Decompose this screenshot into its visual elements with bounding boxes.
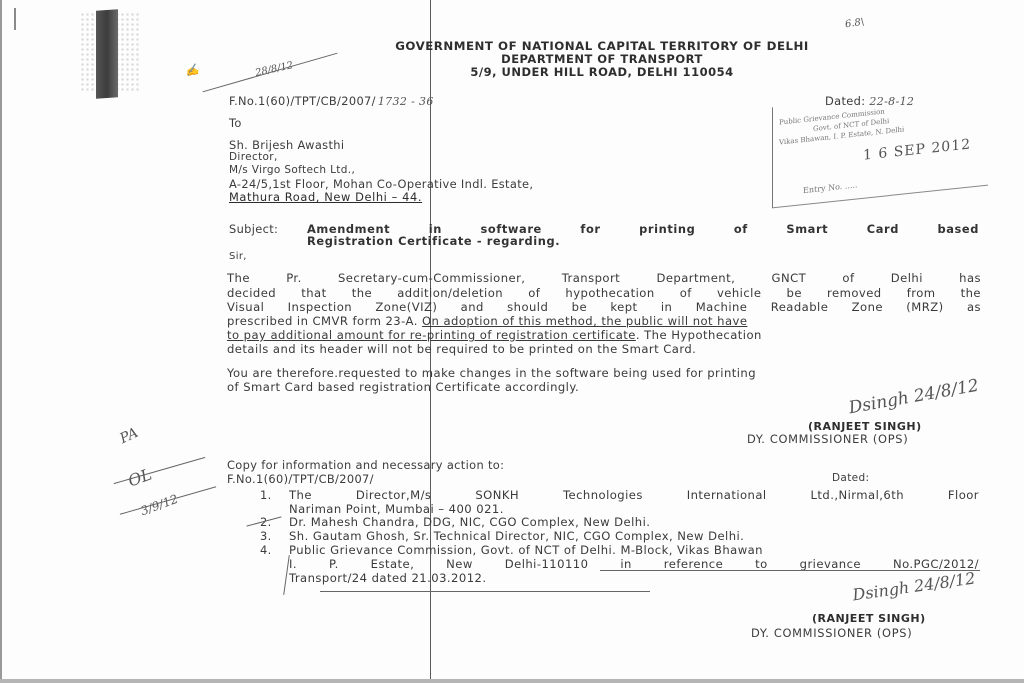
file-number-printed: F.No.1(60)/TPT/CB/2007/ [229, 94, 376, 108]
underlined-text: to pay additional amount for re-printing… [227, 328, 636, 342]
stamp-entry-number: Entry No. ..... [803, 180, 858, 195]
copy-item-4-number: 4. [260, 543, 272, 557]
page-bottom-edge [0, 679, 1024, 683]
copy-item-1-line-1: The Director,M/s SONKH Technologies Inte… [289, 488, 979, 502]
signature-1-handwritten: Dsingh 24/8/12 [847, 376, 980, 419]
scan-mark [14, 8, 16, 30]
handwritten-initials-top-left: ✍ [184, 63, 200, 79]
margin-note-3: 3/9/12 [139, 492, 180, 518]
signature-2-title: DY. COMMISSIONER (OPS) [751, 626, 912, 640]
copy-item-1-number: 1. [260, 488, 272, 502]
copy-file-number: F.No.1(60)/TPT/CB/2007/ [227, 472, 374, 486]
handwritten-underline [600, 570, 980, 571]
letterhead-line-1: GOVERNMENT OF NATIONAL CAPITAL TERRITORY… [300, 39, 904, 53]
handwritten-note-top-right: 6.8\ [844, 17, 865, 31]
paragraph-1-line-1: The Pr. Secretary-cum-Commissioner, Tran… [227, 271, 981, 285]
file-number: F.No.1(60)/TPT/CB/2007/1732 - 36 [229, 94, 434, 108]
paragraph-1-line-3: Visual Inspection Zone(VIZ) and should b… [227, 300, 981, 314]
copy-intro: Copy for information and necessary actio… [227, 458, 504, 472]
paragraph-1-line-5-text: . The Hypothecation [636, 328, 762, 342]
subject-line-2: Registration Certificate - regarding. [307, 234, 560, 248]
margin-note-1: PA [117, 425, 140, 447]
letterhead-line-2: DEPARTMENT OF TRANSPORT [300, 52, 904, 66]
handwritten-underline [320, 591, 650, 592]
letterhead-line-3: 5/9, UNDER HILL ROAD, DELHI 110054 [300, 65, 904, 79]
signature-2-handwritten: Dsingh 24/8/12 [851, 568, 976, 604]
recipient-name: Sh. Brijesh Awasthi [229, 138, 344, 152]
page-left-edge [0, 0, 2, 683]
margin-stroke [120, 486, 216, 515]
margin-stroke [114, 457, 206, 484]
paragraph-2-line-1: You are therefore.requested to make chan… [227, 366, 981, 380]
copy-item-4-line-3: Transport/24 dated 21.03.2012. [289, 571, 487, 585]
copy-item-3-number: 3. [260, 529, 272, 543]
copy-item-4-line-1: Public Grievance Commission, Govt. of NC… [289, 543, 979, 557]
underlined-text: On adoption of this method, the public w… [422, 314, 747, 328]
stamp-date: 1 6 SEP 2012 [863, 136, 971, 163]
signature-2-name: (RANJEET SINGH) [812, 612, 926, 625]
paragraph-1-line-5: to pay additional amount for re-printing… [227, 328, 981, 342]
recipient-designation: Director, [229, 151, 278, 163]
paragraph-2-line-2: of Smart Card based registration Certifi… [227, 380, 579, 394]
copy-item-4-line-2: I. P. Estate, New Delhi-110110 in refere… [289, 557, 979, 571]
paragraph-1-line-2: decided that the addition/deletion of hy… [227, 286, 981, 300]
salutation: Sir, [229, 251, 247, 262]
copy-item-3-line-1: Sh. Gautam Ghosh, Sr. Technical Director… [289, 529, 744, 543]
paragraph-1-line-4: prescribed in CMVR form 23-A. On adoptio… [227, 314, 981, 328]
to-label: To [229, 116, 242, 130]
receipt-stamp: Public Grievance Commission Govt. of NCT… [772, 85, 988, 209]
signature-1-title: DY. COMMISSIONER (OPS) [747, 432, 908, 446]
paragraph-1-line-4-text: prescribed in CMVR form 23-A. [227, 314, 422, 328]
scanned-letter-page: GOVERNMENT OF NATIONAL CAPITAL TERRITORY… [0, 0, 1024, 683]
recipient-address-2: Mathura Road, New Delhi – 44. [229, 190, 422, 204]
recipient-company: M/s Virgo Softech Ltd., [229, 164, 355, 176]
file-number-handwritten: 1732 - 36 [378, 95, 434, 108]
copy-dated-label: Dated: [832, 472, 869, 484]
copy-item-1-line-2: Nariman Point, Mumbai – 400 021. [289, 502, 504, 516]
recipient-address-1: A-24/5,1st Floor, Mohan Co-Operative Ind… [229, 177, 533, 191]
subject-label: Subject: [229, 222, 278, 236]
paragraph-1-line-6: details and its header will not be requi… [227, 342, 696, 356]
punch-hole-shadow [96, 9, 118, 99]
copy-item-2-line-1: Dr. Mahesh Chandra, DDG, NIC, CGO Comple… [289, 515, 650, 529]
